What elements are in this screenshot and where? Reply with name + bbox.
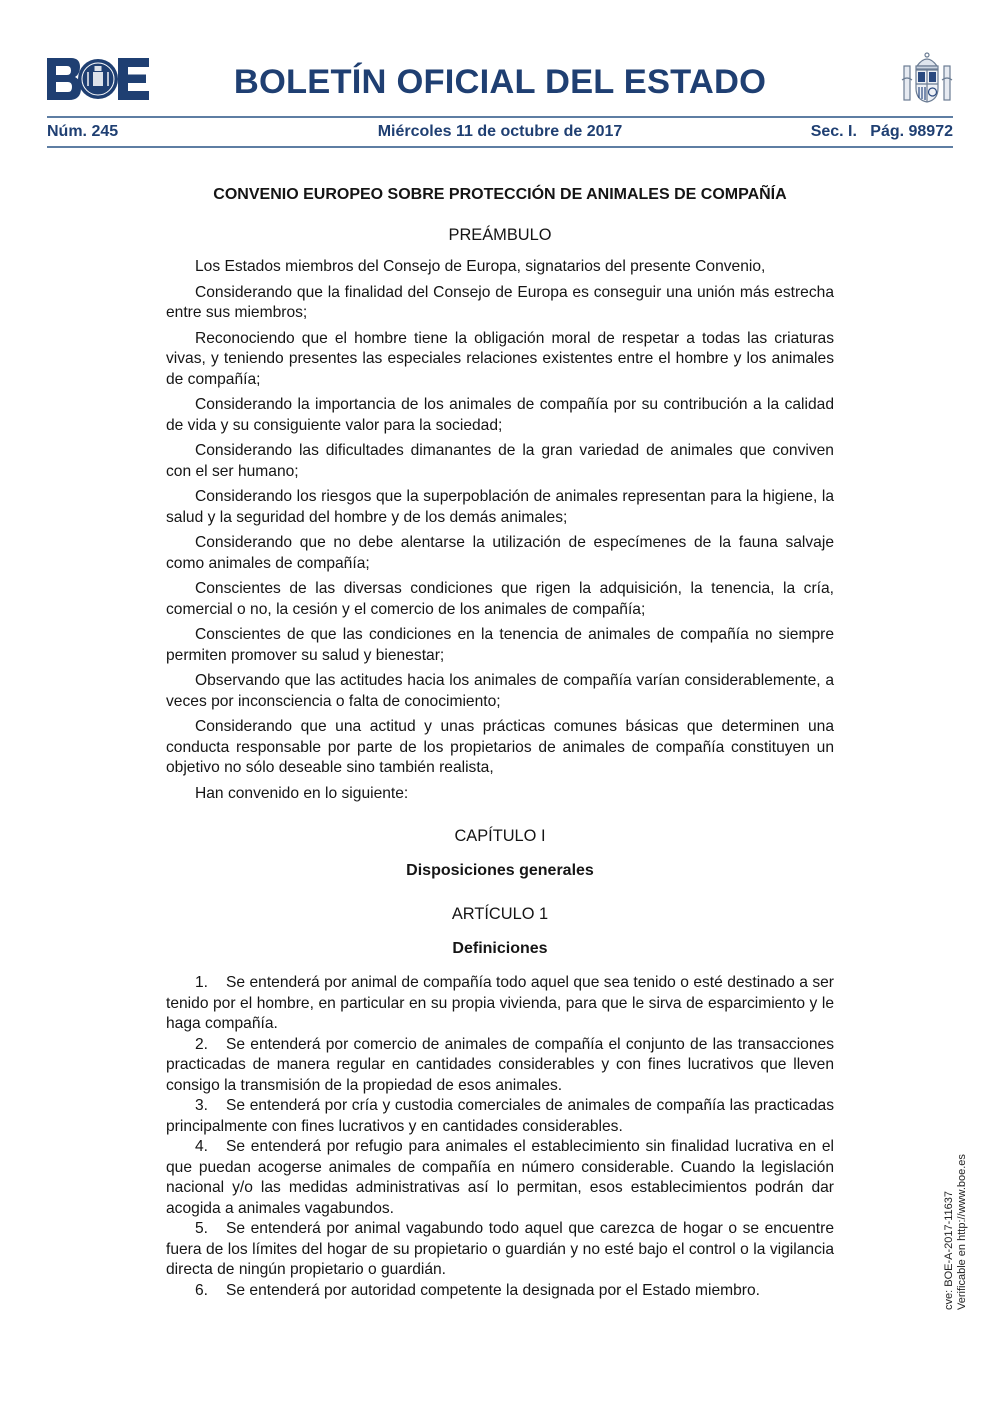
chapter-heading: CAPÍTULO I bbox=[166, 825, 834, 847]
spain-coat-of-arms-icon bbox=[901, 50, 953, 106]
preamble-paragraph: Observando que las actitudes hacia los a… bbox=[166, 671, 834, 712]
preamble-paragraph: Considerando las dificultades dimanantes… bbox=[166, 441, 834, 482]
definition-item: 2.Se entenderá por comercio de animales … bbox=[166, 1035, 834, 1097]
definition-text: Se entenderá por cría y custodia comerci… bbox=[166, 1097, 834, 1135]
definition-number: 2. bbox=[195, 1035, 226, 1056]
coat-of-arms bbox=[901, 50, 953, 106]
definition-number: 3. bbox=[195, 1096, 226, 1117]
article-heading: ARTÍCULO 1 bbox=[166, 903, 834, 925]
verification-link[interactable]: Verificable en http://www.boe.es bbox=[956, 1140, 969, 1310]
definition-text: Se entenderá por animal de compañía todo… bbox=[166, 974, 834, 1032]
document-title: CONVENIO EUROPEO SOBRE PROTECCIÓN DE ANI… bbox=[166, 184, 834, 206]
document-body: CONVENIO EUROPEO SOBRE PROTECCIÓN DE ANI… bbox=[166, 184, 834, 1301]
definition-number: 6. bbox=[195, 1281, 226, 1302]
definition-text: Se entenderá por autoridad competente la… bbox=[226, 1282, 760, 1299]
header-meta-row: Núm. 245 Miércoles 11 de octubre de 2017… bbox=[47, 121, 953, 143]
preamble-paragraph: Considerando que una actitud y unas prác… bbox=[166, 717, 834, 779]
preamble-paragraph: Considerando que no debe alentarse la ut… bbox=[166, 533, 834, 574]
preamble-paragraph: Conscientes de que las condiciones en la… bbox=[166, 625, 834, 666]
preamble-paragraph: Considerando que la finalidad del Consej… bbox=[166, 283, 834, 324]
header-rule-top bbox=[47, 116, 953, 118]
definition-text: Se entenderá por refugio para animales e… bbox=[166, 1138, 834, 1217]
section-page: Sec. I. Pág. 98972 bbox=[811, 121, 953, 143]
article-title: Definiciones bbox=[166, 938, 834, 960]
definition-item: 3.Se entenderá por cría y custodia comer… bbox=[166, 1096, 834, 1137]
preamble-paragraph: Conscientes de las diversas condiciones … bbox=[166, 579, 834, 620]
definition-item: 4.Se entenderá por refugio para animales… bbox=[166, 1137, 834, 1219]
definition-text: Se entenderá por animal vagabundo todo a… bbox=[166, 1220, 834, 1278]
definition-item: 6.Se entenderá por autoridad competente … bbox=[166, 1281, 834, 1302]
preamble-paragraph: Considerando los riesgos que la superpob… bbox=[166, 487, 834, 528]
definition-number: 4. bbox=[195, 1137, 226, 1158]
definition-number: 5. bbox=[195, 1219, 226, 1240]
preamble-paragraph: Los Estados miembros del Consejo de Euro… bbox=[166, 257, 834, 278]
cve-code: cve: BOE-A-2017-11637 bbox=[943, 1140, 956, 1310]
definition-text: Se entenderá por comercio de animales de… bbox=[166, 1036, 834, 1094]
header-rule-bottom bbox=[47, 146, 953, 148]
preamble-paragraph: Considerando la importancia de los anima… bbox=[166, 395, 834, 436]
preamble-paragraph: Han convenido en lo siguiente: bbox=[166, 784, 834, 805]
definition-number: 1. bbox=[195, 973, 226, 994]
preamble-heading: PREÁMBULO bbox=[166, 224, 834, 246]
gazette-title: BOLETÍN OFICIAL DEL ESTADO bbox=[0, 62, 1000, 102]
chapter-title: Disposiciones generales bbox=[166, 860, 834, 882]
definition-item: 1.Se entenderá por animal de compañía to… bbox=[166, 973, 834, 1035]
verification-sidebar: cve: BOE-A-2017-11637 Verificable en htt… bbox=[943, 1140, 983, 1310]
definition-item: 5.Se entenderá por animal vagabundo todo… bbox=[166, 1219, 834, 1281]
preamble-paragraph: Reconociendo que el hombre tiene la obli… bbox=[166, 329, 834, 391]
